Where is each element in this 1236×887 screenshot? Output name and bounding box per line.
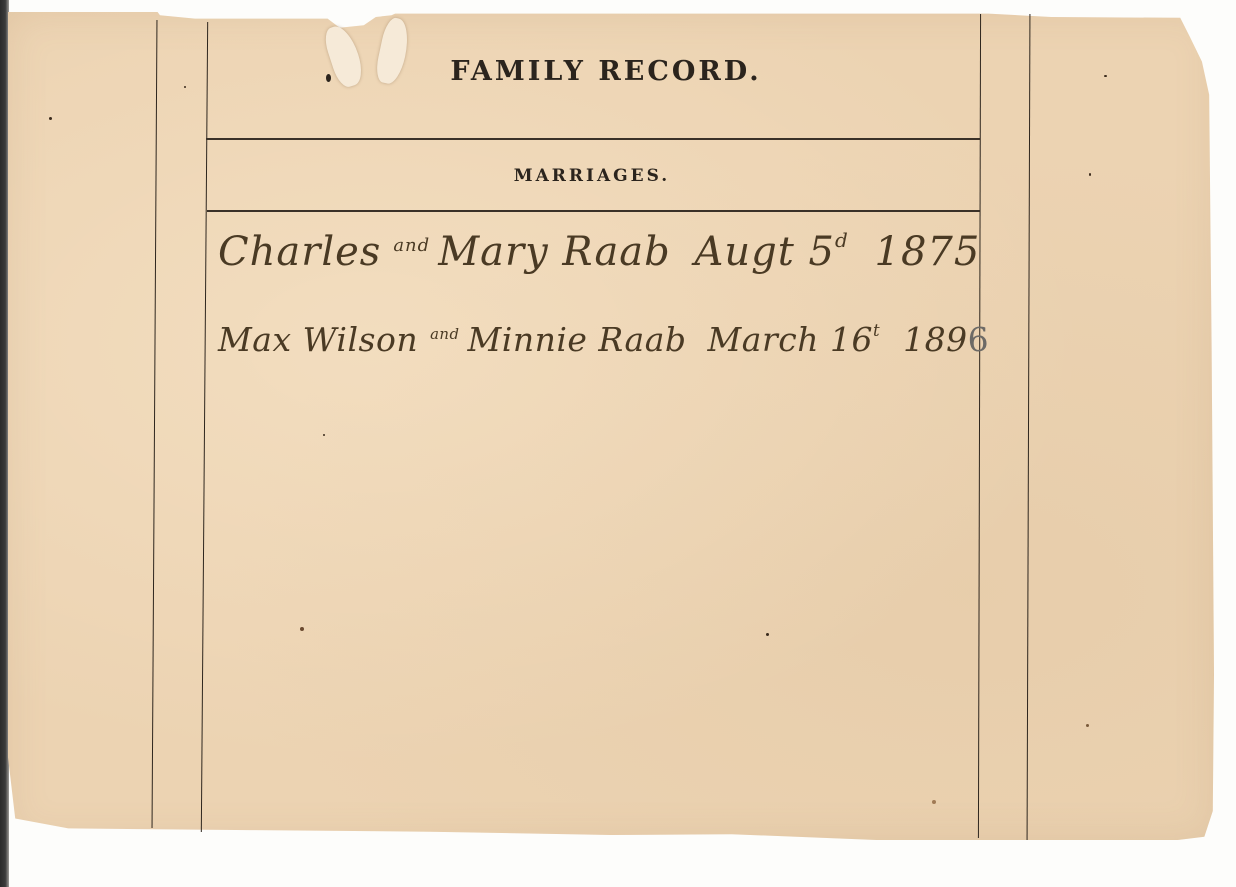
party-two: Minnie Raab — [468, 320, 687, 359]
day-suffix: t — [873, 321, 880, 340]
ruled-line-horizontal — [206, 138, 980, 140]
year: 1875 — [875, 229, 981, 275]
conjunction: and — [393, 235, 430, 256]
foxing-spot — [932, 800, 936, 804]
foxing-spot — [184, 86, 186, 88]
scanned-page: FAMILY RECORD. MARRIAGES. CharlesandMary… — [0, 0, 1236, 887]
foxing-spot — [1104, 75, 1107, 77]
month: March — [708, 320, 819, 359]
family-record-sheet — [8, 12, 1214, 840]
foxing-spot — [323, 434, 325, 436]
ruled-line-horizontal — [207, 210, 980, 212]
day-suffix: d — [835, 228, 849, 252]
day: 5 — [809, 229, 835, 275]
scanner-edge-shadow — [0, 0, 9, 887]
conjunction: and — [430, 325, 459, 343]
foxing-spot — [49, 117, 52, 120]
section-heading: MARRIAGES. — [204, 166, 980, 186]
marriage-entry: CharlesandMary Raab Augt 5d 1875 — [218, 228, 980, 275]
foxing-spot — [1086, 724, 1089, 727]
party-one: Charles — [218, 229, 381, 275]
year-pencil-correction: 6 — [968, 320, 990, 359]
foxing-spot — [766, 633, 769, 636]
year: 189 — [903, 320, 968, 359]
party-one: Max Wilson — [218, 320, 418, 359]
foxing-spot — [1089, 173, 1091, 176]
foxing-spot — [300, 627, 304, 631]
document-title: FAMILY RECORD. — [204, 56, 994, 87]
month: Augt — [694, 229, 794, 275]
party-two: Mary Raab — [438, 229, 671, 275]
marriage-entry: Max WilsonandMinnie Raab March 16t 1896 — [218, 320, 989, 359]
day: 16 — [830, 320, 873, 359]
